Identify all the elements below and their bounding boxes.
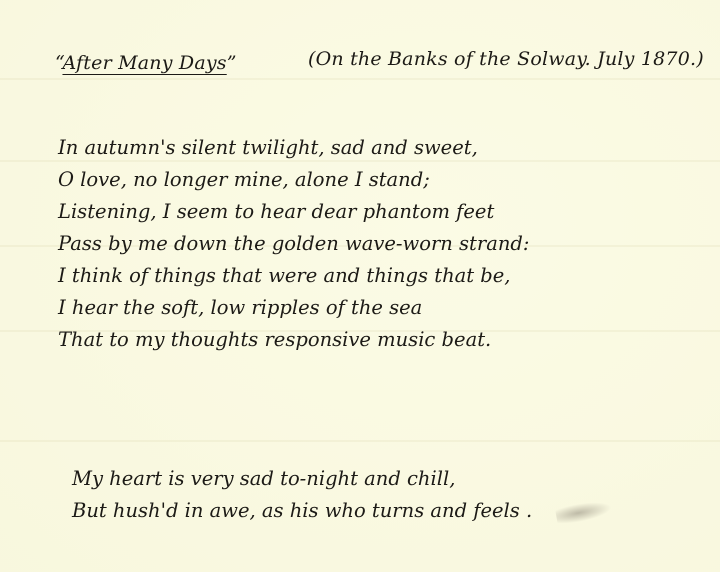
poem-subtitle: (On the Banks of the Solway. July 1870.) — [308, 48, 704, 70]
ink-smudge — [555, 498, 613, 525]
title-close-quote: ” — [227, 52, 237, 74]
verse-line: Pass by me down the golden wave-worn str… — [58, 228, 529, 260]
title-text: After Many Days — [62, 52, 226, 74]
verse-line: That to my thoughts responsive music bea… — [58, 324, 529, 356]
poem-title: “After Many Days” — [55, 52, 237, 74]
verse-line: O love, no longer mine, alone I stand; — [58, 164, 529, 196]
stanza-2: My heart is very sad to-night and chill,… — [72, 463, 532, 527]
verse-line: But hush'd in awe, as his who turns and … — [72, 495, 532, 527]
stanza-1: In autumn's silent twilight, sad and swe… — [58, 132, 529, 356]
verse-line: I hear the soft, low ripples of the sea — [58, 292, 529, 324]
bleed-through-line — [0, 440, 720, 442]
verse-line: I think of things that were and things t… — [58, 260, 529, 292]
verse-line: In autumn's silent twilight, sad and swe… — [58, 132, 529, 164]
verse-line: My heart is very sad to-night and chill, — [72, 463, 532, 495]
manuscript-page: “After Many Days” (On the Banks of the S… — [0, 0, 720, 572]
verse-line: Listening, I seem to hear dear phantom f… — [58, 196, 529, 228]
bleed-through-line — [0, 78, 720, 80]
